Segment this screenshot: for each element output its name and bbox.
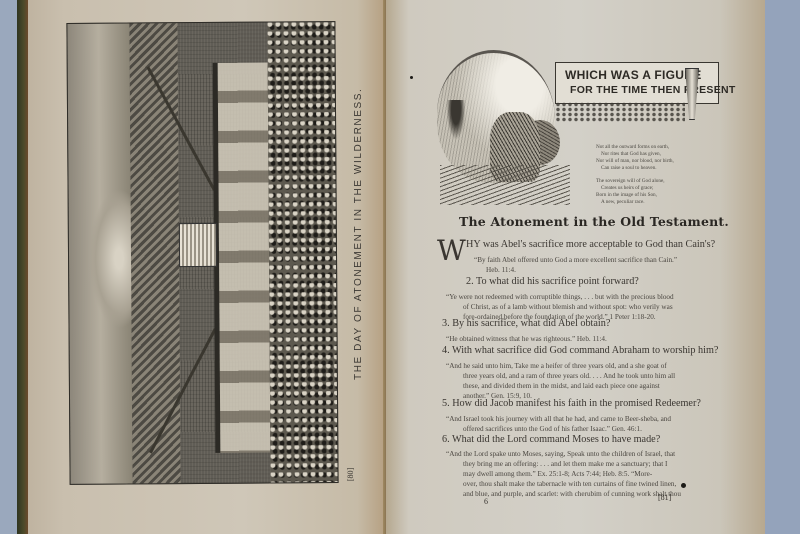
vignette-palm-tree [445, 100, 467, 145]
answer-6-line: over, thou shalt make the tabernacle wit… [463, 479, 676, 489]
answer-2-line: “Ye were not redeemed with corruptible t… [446, 292, 674, 302]
question-2: 2. To what did his sacrifice point forwa… [466, 276, 639, 287]
ink-blot [681, 483, 686, 488]
foliage-ornament [555, 102, 685, 122]
answer-1-line: Heb. 11:4. [486, 265, 516, 275]
answer-6-line: they bring me an offering: . . . and let… [463, 459, 667, 469]
background-right [765, 0, 800, 534]
poem-line: Nor rites that God has given, [596, 151, 674, 158]
engraving-hills [129, 23, 180, 483]
book-cover-edge [17, 0, 28, 534]
paper-spot [410, 76, 413, 79]
poem-line: Nor will of man, nor blood, nor birth, [596, 158, 674, 165]
question-5: 5. How did Jacob manifest his faith in t… [442, 398, 701, 409]
question-6: 6. What did the Lord command Moses to ha… [442, 434, 660, 445]
answer-2-line: of Christ, as of a lamb without blemish … [463, 302, 673, 312]
question-3: 3. By his sacrifice, what did Abel obtai… [442, 318, 610, 329]
answer-5-line: offered sacrifices unto the God of his f… [463, 424, 642, 434]
left-page-number: [80] [346, 468, 355, 481]
answer-5-line: “And Israel took his journey with all th… [446, 414, 671, 424]
answer-6-line: “And the Lord spake unto Moses, saying, … [446, 449, 675, 459]
answer-4-line: these, and divided them in the midst, an… [463, 381, 660, 391]
poem-line: Can raise a soul to heaven. [596, 165, 674, 172]
drop-cap: W [437, 236, 464, 266]
poem-stanza-1: Not all the outward forms on earth, Nor … [596, 144, 674, 172]
poem-line: Born in the image of his Son, [596, 192, 674, 199]
engraving-crowd [267, 22, 337, 482]
poem-line: Not all the outward forms on earth, [596, 144, 674, 151]
banner-line-1: WHICH WAS A FIGURE [565, 68, 702, 82]
answer-4-line: three years old, and a ram of three year… [463, 371, 675, 381]
poem-line: Creates us heirs of grace; [596, 185, 674, 192]
right-page-number: [81] [658, 493, 671, 502]
banner-line-2: FOR THE TIME THEN PRESENT [570, 84, 736, 96]
poem-line: A new, peculiar race. [596, 199, 674, 206]
question-1: HY was Abel's sacrifice more acceptable … [466, 239, 715, 250]
question-4: 4. With what sacrifice did God command A… [442, 345, 718, 356]
illustration-caption: THE DAY OF ATONEMENT IN THE WILDERNESS. [353, 80, 364, 380]
engraving-altar [179, 223, 217, 267]
answer-6-line: may dwell among them.” Ex. 25:1-8; Acts … [463, 469, 652, 479]
page-signature: 6 [484, 497, 488, 506]
poem-stanza-2: The sovereign will of God alone, Creates… [596, 178, 674, 206]
chapter-title: The Atonement in the Old Testament. [459, 214, 729, 229]
poem-line: The sovereign will of God alone, [596, 178, 674, 185]
vignette-ground [440, 165, 570, 205]
tabernacle-engraving [66, 21, 338, 485]
answer-3-line: “He obtained witness that he was righteo… [446, 334, 607, 344]
engraving-curtains [218, 63, 271, 453]
answer-1-line: “By faith Abel offered unto God a more e… [474, 255, 677, 265]
answer-4-line: “And he said unto him, Take me a heifer … [446, 361, 667, 371]
epigraph-poem: Not all the outward forms on earth, Nor … [596, 144, 674, 212]
answer-6-line: and blue, and purple, and scarlet: with … [463, 489, 681, 499]
